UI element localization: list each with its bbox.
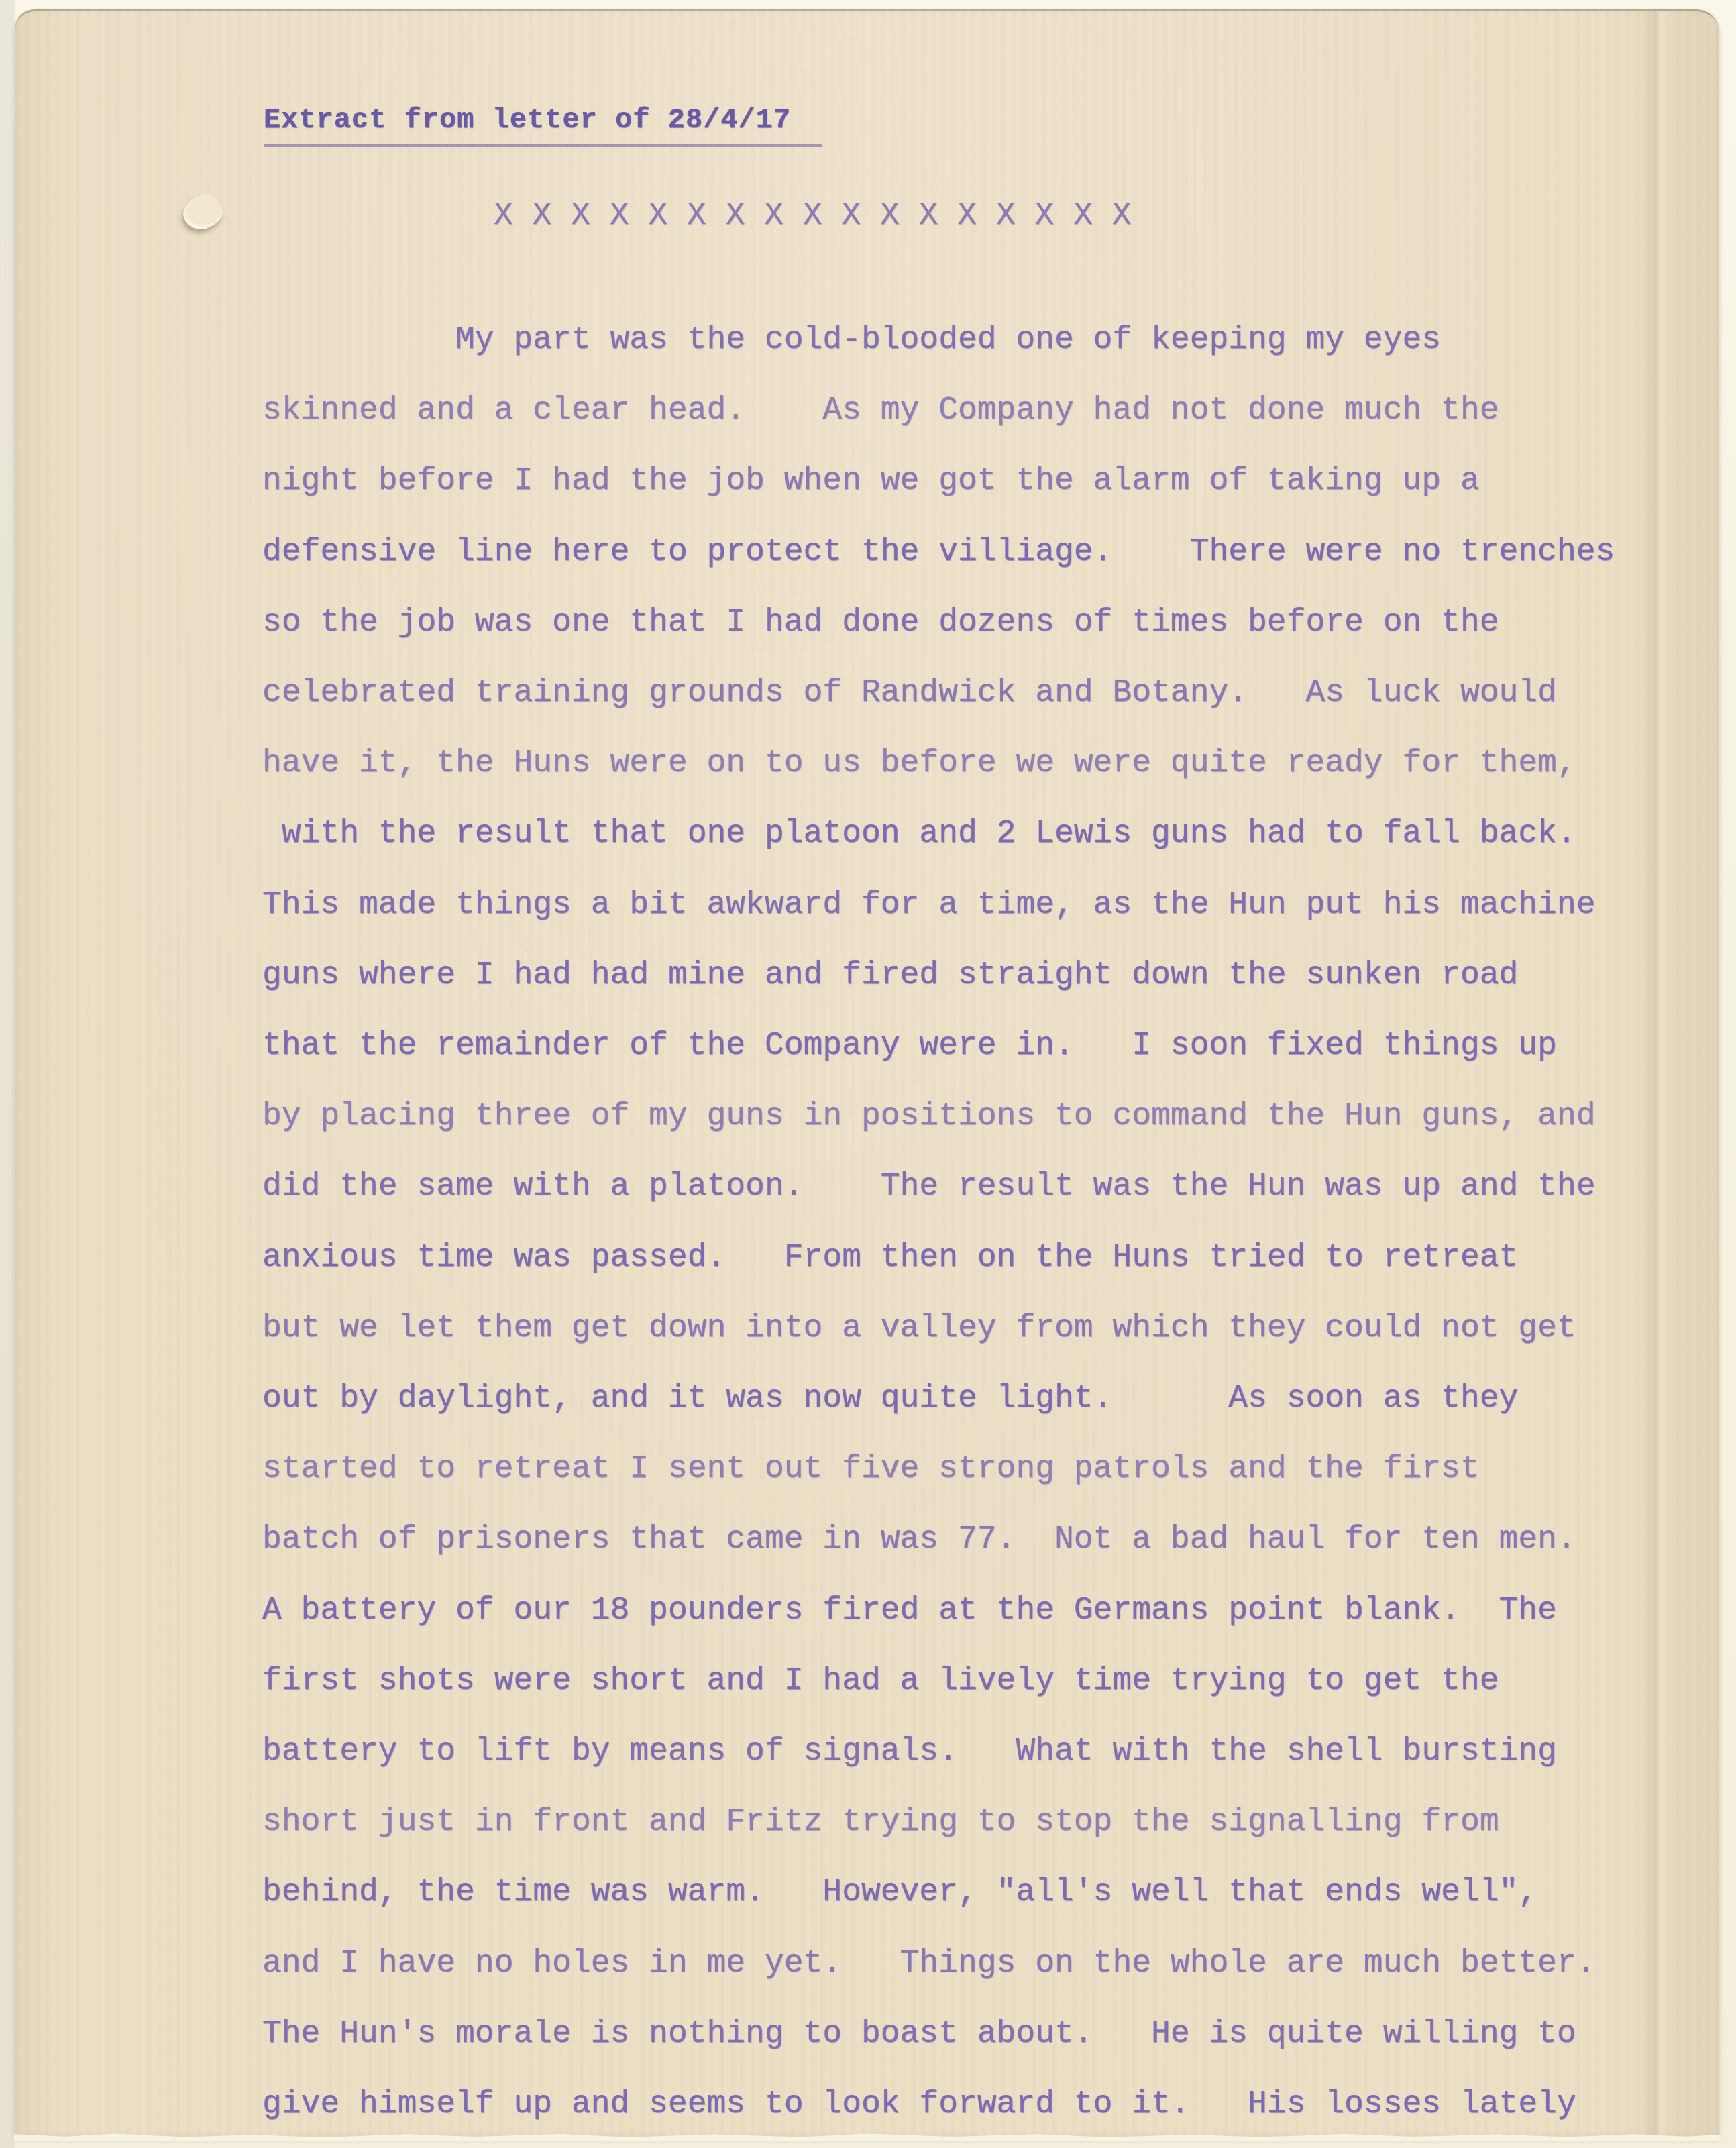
- body-line: so the job was one that I had done dozen…: [262, 588, 1671, 658]
- body-line: anxious time was passed. From then on th…: [262, 1223, 1671, 1293]
- body-line: A battery of our 18 pounders fired at th…: [262, 1576, 1671, 1646]
- body-line: first shots were short and I had a livel…: [262, 1646, 1671, 1717]
- body-line: battery to lift by means of signals. Wha…: [262, 1717, 1671, 1787]
- body-line: with the result that one platoon and 2 L…: [262, 799, 1671, 869]
- letter-body: My part was the cold-blooded one of keep…: [262, 305, 1671, 2140]
- body-line: The Hun's morale is nothing to boast abo…: [262, 1999, 1671, 2070]
- body-line: but we let them get down into a valley f…: [262, 1293, 1671, 1364]
- separator-x-row: X X X X X X X X X X X X X X X X X: [494, 198, 1132, 234]
- scan-background: Extract from letter of 28/4/17 X X X X X…: [0, 0, 1736, 2148]
- body-line: that the remainder of the Company were i…: [262, 1011, 1671, 1081]
- body-line: did the same with a platoon. The result …: [262, 1152, 1671, 1222]
- body-line: celebrated training grounds of Randwick …: [262, 658, 1671, 729]
- body-line: behind, the time was warm. However, "all…: [262, 1858, 1671, 1928]
- letter-page: Extract from letter of 28/4/17 X X X X X…: [15, 9, 1719, 2138]
- body-line: by placing three of my guns in positions…: [262, 1081, 1671, 1152]
- paper-flaw: [179, 190, 227, 233]
- page-title: Extract from letter of 28/4/17: [264, 104, 822, 147]
- body-line: short just in front and Fritz trying to …: [262, 1787, 1671, 1858]
- body-line: guns where I had had mine and fired stra…: [262, 941, 1671, 1011]
- body-line: skinned and a clear head. As my Company …: [262, 376, 1671, 446]
- body-line: have it, the Huns were on to us before w…: [262, 729, 1671, 799]
- body-line: This made things a bit awkward for a tim…: [262, 870, 1671, 941]
- body-line: defensive line here to protect the villi…: [262, 517, 1671, 588]
- body-line: batch of prisoners that came in was 77. …: [262, 1505, 1671, 1575]
- body-line: night before I had the job when we got t…: [262, 446, 1671, 517]
- body-line: give himself up and seems to look forwar…: [262, 2070, 1671, 2140]
- body-line: out by daylight, and it was now quite li…: [262, 1364, 1671, 1434]
- body-line: My part was the cold-blooded one of keep…: [262, 305, 1671, 376]
- body-line: started to retreat I sent out five stron…: [262, 1434, 1671, 1505]
- body-line: and I have no holes in me yet. Things on…: [262, 1929, 1671, 1999]
